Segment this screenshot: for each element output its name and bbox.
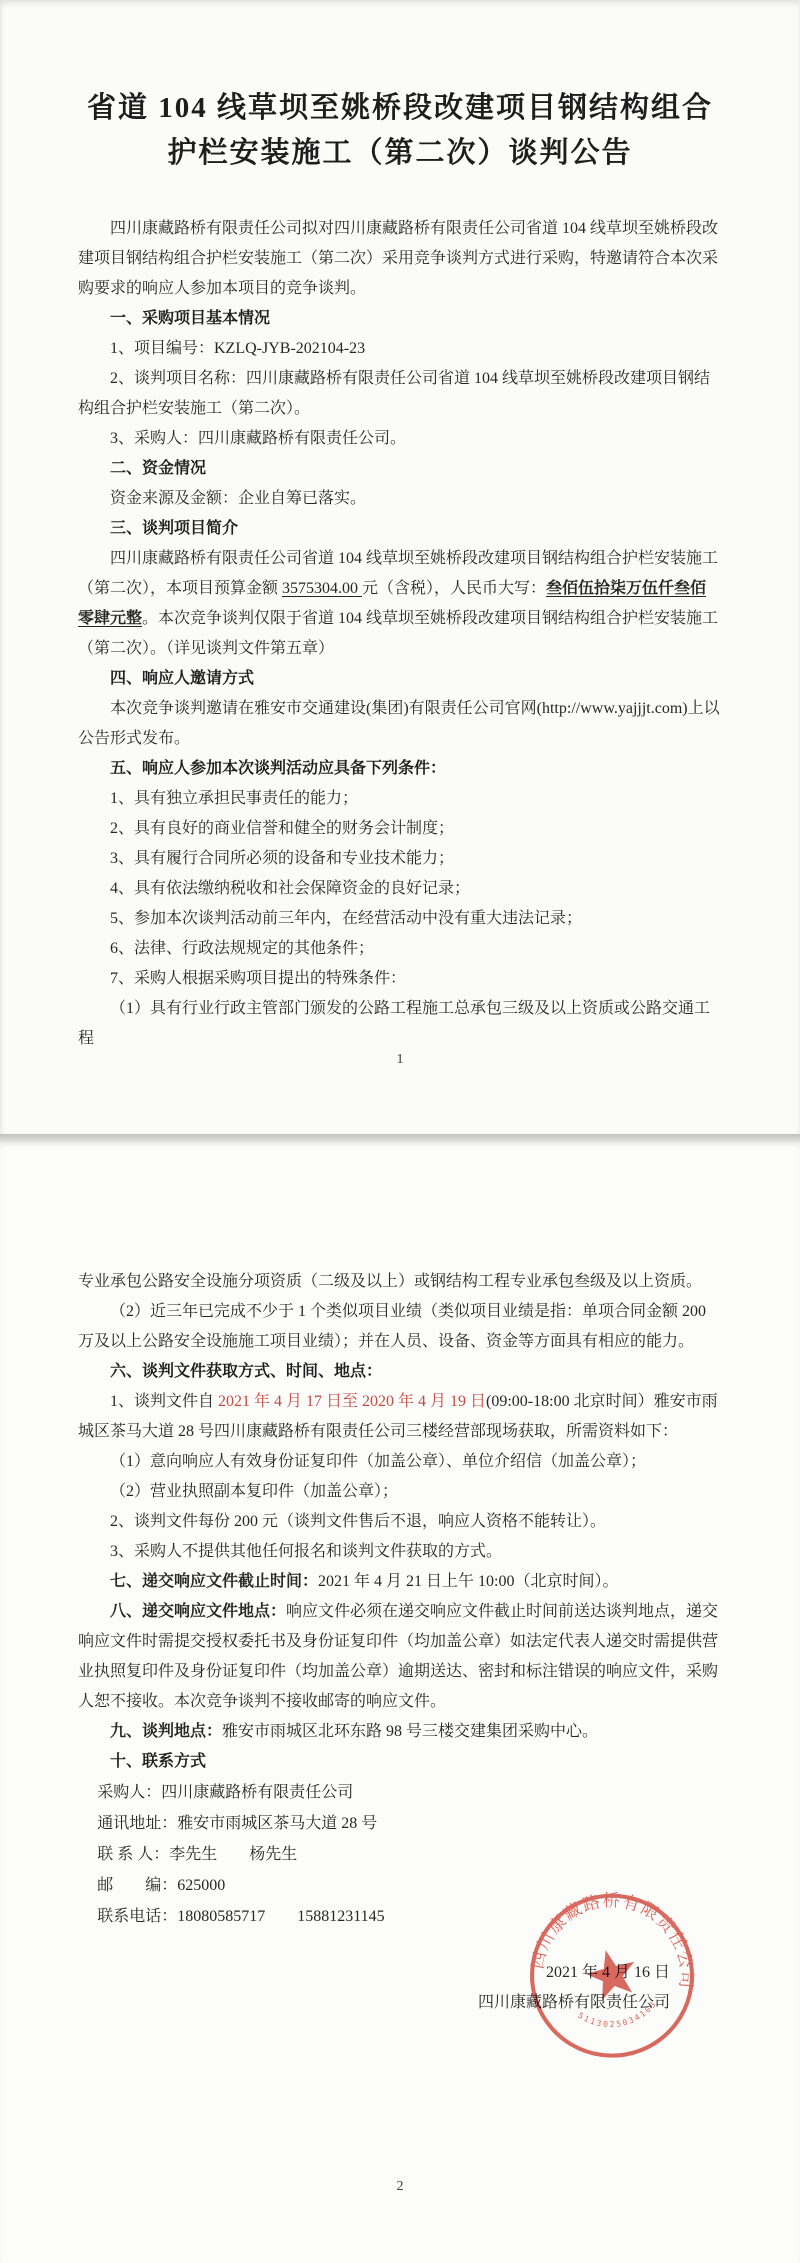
document-title-line2: 护栏安装施工（第二次）谈判公告 [78, 131, 722, 176]
condition-4: 4、具有依法缴纳税收和社会保障资金的良好记录； [78, 874, 722, 904]
special-condition-2: （2）近三年已完成不少于 1 个类似项目业绩（类似项目业绩是指：单项合同金额 2… [78, 1297, 722, 1357]
funding-source: 资金来源及金额：企业自筹已落实。 [78, 484, 722, 514]
section-2-heading: 二、资金情况 [78, 454, 722, 484]
text-run: 3、采购人：四川康藏路桥有限责任公司。 [110, 430, 406, 447]
text-run: （2）营业执照副本复印件（加盖公章）； [110, 1483, 398, 1500]
text-run: 通讯地址：雅安市雨城区茶马大道 28 号 [97, 1815, 377, 1832]
scan-page-2: 专业承包公路安全设施分项资质（二级及以上）或钢结构工程专业承包叁级及以上资质。（… [0, 1143, 800, 2263]
scan-page-1: 省道 104 线草坝至姚桥段改建项目钢结构组合 护栏安装施工（第二次）谈判公告 … [0, 0, 800, 1134]
text-run: 三、谈判项目简介 [110, 520, 238, 537]
purchaser: 3、采购人：四川康藏路桥有限责任公司。 [78, 424, 722, 454]
section-7-deadline: 七、递交响应文件截止时间：2021 年 4 月 21 日上午 10:00（北京时… [78, 1567, 722, 1597]
text-run: （1）意向响应人有效身份证复印件（加盖公章）、单位介绍信（加盖公章）； [110, 1453, 646, 1470]
text-run: 1、具有独立承担民事责任的能力； [110, 790, 358, 807]
text-run: 九、谈判地点： [110, 1723, 222, 1740]
text-run: 专业承包公路安全设施分项资质（二级及以上）或钢结构工程专业承包叁级及以上资质。 [78, 1273, 702, 1290]
section-5-heading: 五、响应人参加本次谈判活动应具备下列条件： [78, 754, 722, 784]
stamp-code-text: 5113025034103 [575, 1991, 663, 2038]
required-doc-1: （1）意向响应人有效身份证复印件（加盖公章）、单位介绍信（加盖公章）； [78, 1447, 722, 1477]
text-run: （2）近三年已完成不少于 1 个类似项目业绩（类似项目业绩是指：单项合同金额 2… [78, 1303, 710, 1350]
text-run: 2、具有良好的商业信誉和健全的财务会计制度； [110, 820, 454, 837]
text-run: 资金来源及金额：企业自筹已落实。 [110, 490, 366, 507]
intro-paragraph: 四川康藏路桥有限责任公司拟对四川康藏路桥有限责任公司省道 104 线草坝至姚桥段… [78, 214, 722, 304]
text-run: 4、具有依法缴纳税收和社会保障资金的良好记录； [110, 880, 470, 897]
page-number-1: 1 [0, 1052, 800, 1068]
section-4-heading: 四、响应人邀请方式 [78, 664, 722, 694]
text-run: 雅安市雨城区北环东路 98 号三楼交建集团采购中心。 [222, 1723, 598, 1740]
document-title-line1: 省道 104 线草坝至姚桥段改建项目钢结构组合 [78, 86, 722, 131]
page-1-body: 四川康藏路桥有限责任公司拟对四川康藏路桥有限责任公司省道 104 线草坝至姚桥段… [78, 214, 722, 1054]
text-run: 四、响应人邀请方式 [110, 670, 254, 687]
text-run: 2、谈判文件每份 200 元（谈判文件售后不退，响应人资格不能转让）。 [110, 1513, 606, 1530]
section-9-negotiation-place: 九、谈判地点：雅安市雨城区北环东路 98 号三楼交建集团采购中心。 [78, 1717, 722, 1747]
stamp-star-icon [581, 1944, 641, 2002]
contact-address: 通讯地址：雅安市雨城区茶马大道 28 号 [78, 1808, 722, 1839]
text-run: 2、谈判项目名称：四川康藏路桥有限责任公司省道 104 线草坝至姚桥段改建项目钢… [78, 370, 710, 417]
announcement-channel: 本次竞争谈判邀请在雅安市交通建设(集团)有限责任公司官网(http://www.… [78, 694, 722, 754]
text-run: 一、采购项目基本情况 [110, 310, 270, 327]
text-run: 联系电话：18080585717 15881231145 [97, 1908, 384, 1925]
section-1-heading: 一、采购项目基本情况 [78, 304, 722, 334]
text-run: 1、谈判文件自 [110, 1393, 218, 1410]
condition-7: 7、采购人根据采购项目提出的特殊条件： [78, 964, 722, 994]
budget-amount: 3575304.00 [282, 580, 362, 597]
page-number-2: 2 [0, 2179, 800, 2195]
text-run: 3、采购人不提供其他任何报名和谈判文件获取的方式。 [110, 1543, 502, 1560]
text-run: 6、法律、行政法规规定的其他条件； [110, 940, 374, 957]
condition-2: 2、具有良好的商业信誉和健全的财务会计制度； [78, 814, 722, 844]
text-run: （1）具有行业行政主管部门颁发的公路工程施工总承包三级及以上资质或公路交通工程 [78, 1000, 710, 1047]
svg-text:5113025034103: 5113025034103 [575, 1991, 663, 2038]
no-other-method: 3、采购人不提供其他任何报名和谈判文件获取的方式。 [78, 1537, 722, 1567]
text-run: 四川康藏路桥有限责任公司拟对四川康藏路桥有限责任公司省道 104 线草坝至姚桥段… [78, 220, 718, 297]
contact-person: 联 系 人：李先生 杨先生 [78, 1839, 722, 1870]
document-title: 省道 104 线草坝至姚桥段改建项目钢结构组合 护栏安装施工（第二次）谈判公告 [78, 86, 722, 176]
text-run: 十、联系方式 [110, 1753, 206, 1770]
required-doc-2: （2）营业执照副本复印件（加盖公章）； [78, 1477, 722, 1507]
condition-1: 1、具有独立承担民事责任的能力； [78, 784, 722, 814]
text-run: 1、项目编号：KZLQ-JYB-202104-23 [110, 340, 365, 357]
text-run: 5、参加本次谈判活动前三年内，在经营活动中没有重大违法记录； [110, 910, 582, 927]
contact-purchaser: 采购人：四川康藏路桥有限责任公司 [78, 1777, 722, 1808]
special-condition-1: （1）具有行业行政主管部门颁发的公路工程施工总承包三级及以上资质或公路交通工程 [78, 994, 722, 1054]
text-run: 邮 编：625000 [97, 1877, 225, 1894]
condition-5: 5、参加本次谈判活动前三年内，在经营活动中没有重大违法记录； [78, 904, 722, 934]
text-run: 采购人：四川康藏路桥有限责任公司 [97, 1784, 353, 1801]
text-run: 本次竞争谈判邀请在雅安市交通建设(集团)有限责任公司官网(http://www.… [78, 700, 720, 747]
section-3-heading: 三、谈判项目简介 [78, 514, 722, 544]
text-run: 3、具有履行合同所必须的设备和专业技术能力； [110, 850, 454, 867]
text-run: 元（含税），人民币大写： [362, 580, 546, 597]
text-run: 2021 年 4 月 21 日上午 10:00（北京时间）。 [318, 1573, 618, 1590]
section-10-heading: 十、联系方式 [78, 1747, 722, 1777]
project-name: 2、谈判项目名称：四川康藏路桥有限责任公司省道 104 线草坝至姚桥段改建项目钢… [78, 364, 722, 424]
text-run: 7、采购人根据采购项目提出的特殊条件： [110, 970, 406, 987]
section-6-heading: 六、谈判文件获取方式、时间、地点： [78, 1357, 722, 1387]
text-run: 五、响应人参加本次谈判活动应具备下列条件： [110, 760, 446, 777]
project-number: 1、项目编号：KZLQ-JYB-202104-23 [78, 334, 722, 364]
condition-3: 3、具有履行合同所必须的设备和专业技术能力； [78, 844, 722, 874]
signature-block: 2021 年 4 月 16 日 四川康藏路桥有限责任公司 四川康藏路桥有限责任公… [78, 1958, 722, 2018]
page-gap-divider [0, 1134, 800, 1143]
text-run: 七、递交响应文件截止时间： [110, 1573, 318, 1590]
section-8-submission-place: 八、递交响应文件地点：响应文件必须在递交响应文件截止时间前送达谈判地点，递交响应… [78, 1597, 722, 1717]
text-run: 八、递交响应文件地点： [110, 1603, 286, 1620]
project-introduction: 四川康藏路桥有限责任公司省道 104 线草坝至姚桥段改建项目钢结构组合护栏安装施… [78, 544, 722, 664]
text-run: 联 系 人：李先生 杨先生 [97, 1846, 297, 1863]
text-run: 二、资金情况 [110, 460, 206, 477]
document-acquisition: 1、谈判文件自 2021 年 4 月 17 日至 2020 年 4 月 19 日… [78, 1387, 722, 1447]
page-2-body: 专业承包公路安全设施分项资质（二级及以上）或钢结构工程专业承包叁级及以上资质。（… [78, 1267, 722, 1777]
scanned-document: 省道 104 线草坝至姚桥段改建项目钢结构组合 护栏安装施工（第二次）谈判公告 … [0, 0, 800, 2263]
condition-6: 6、法律、行政法规规定的其他条件； [78, 934, 722, 964]
special-condition-1-continued: 专业承包公路安全设施分项资质（二级及以上）或钢结构工程专业承包叁级及以上资质。 [78, 1267, 722, 1297]
document-price: 2、谈判文件每份 200 元（谈判文件售后不退，响应人资格不能转让）。 [78, 1507, 722, 1537]
text-run: 六、谈判文件获取方式、时间、地点： [110, 1363, 382, 1380]
text-run: 。本次竞争谈判仅限于省道 104 线草坝至姚桥段改建项目钢结构组合护栏安装施工（… [78, 610, 718, 657]
document-sale-period: 2021 年 4 月 17 日至 2020 年 4 月 19 日 [218, 1393, 486, 1410]
